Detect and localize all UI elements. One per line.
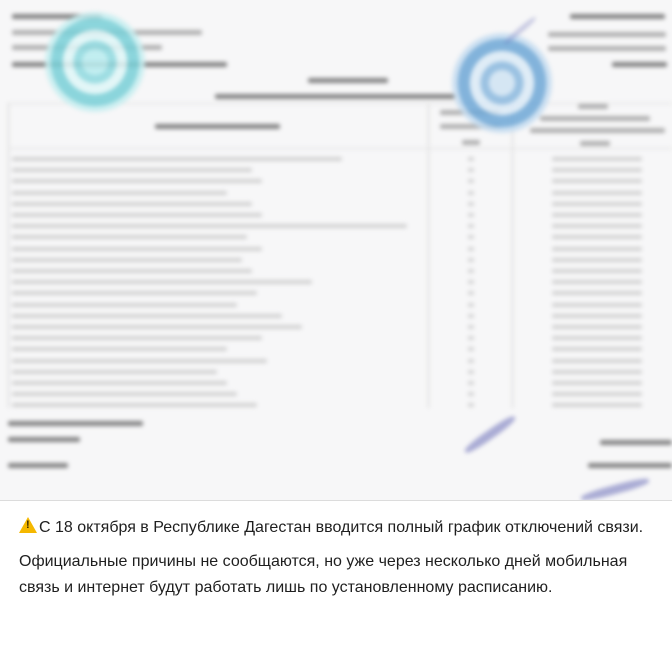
caption-paragraph-2: Официальные причины не сообщаются, но уж… [19, 549, 659, 601]
warning-icon [19, 517, 37, 533]
caption-paragraph-1: С 18 октября в Республике Дагестан вводи… [19, 515, 659, 541]
document-photo[interactable] [0, 0, 672, 501]
blurred-document [0, 0, 672, 500]
post-caption: С 18 октября в Республике Дагестан вводи… [19, 515, 659, 609]
stamp-right [452, 33, 552, 133]
stamp-left [45, 12, 145, 112]
post: С 18 октября в Республике Дагестан вводи… [0, 0, 672, 654]
